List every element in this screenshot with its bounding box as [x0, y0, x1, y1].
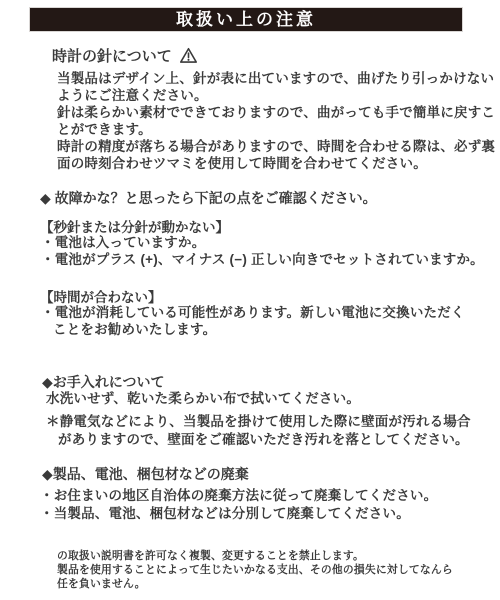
fine-print-line: 製品を使用することによって生じたいかなる支出、その他の損失に対してなんら: [57, 563, 477, 577]
bullet-item: ・電池がプラス (+)、マイナス (−) 正しい向きでセットされていますか。: [41, 251, 481, 268]
text-line: 面の時刻合わせツマミを使用して時間を合わせてください。: [57, 155, 477, 172]
fine-print: の取扱い説明書を許可なく複製、変更することを禁止します。 製品を使用することによ…: [57, 549, 477, 591]
clock-hands-heading-text: 時計の針について: [52, 45, 172, 66]
bullet-item: ・お住まいの地区自治体の廃棄方法に従って廃棄してください。: [40, 487, 480, 505]
warning-triangle-icon: [179, 47, 198, 64]
text-line: 当製品はデザイン上、針が表に出ていますので、曲げたり引っかけない: [57, 70, 477, 87]
care-static-electricity-note: ＊静電気などにより、当製品を掛けて使用した際に壁面が汚れる場合 がありますので、…: [46, 413, 476, 449]
bullet-item: ・電池は入っていますか。: [41, 234, 481, 251]
text-line: ＊静電気などにより、当製品を掛けて使用した際に壁面が汚れる場合: [46, 413, 476, 431]
text-line: ようにご注意ください。: [57, 87, 477, 104]
fine-print-line: 任を負いません。: [57, 577, 477, 591]
bullet-item: ・電池が消耗している可能性があります。新しい電池に交換いただく: [41, 304, 481, 321]
trouble-group-title-hands-not-moving: 【秒針または分針が動かない】: [40, 216, 229, 236]
bullet-item: ・当製品、電池、梱包材などは分別して廃棄してください。: [40, 505, 480, 523]
section-heading-disposal: ◆製品、電池、梱包材などの廃棄: [42, 464, 249, 484]
trouble-group-hands-not-moving: ・電池は入っていますか。 ・電池がプラス (+)、マイナス (−) 正しい向きで…: [41, 234, 481, 268]
page-title-bar: 取扱い上の注意: [30, 8, 462, 31]
trouble-group-title-wrong-time: 【時間が合わない】: [40, 286, 162, 306]
text-line: 針は柔らかい素材でできておりますので、曲がっても手で簡単に戻すこ: [57, 104, 477, 121]
bullet-item-continuation: ことをお勧めいたします。: [41, 321, 481, 338]
section-heading-care: ◆お手入れについて: [42, 372, 165, 392]
text-line: とができます。: [57, 121, 477, 138]
handling-precautions-page: 取扱い上の注意 時計の針について 当製品はデザイン上、針が表に出ていますので、曲…: [0, 0, 500, 600]
trouble-group-wrong-time: ・電池が消耗している可能性があります。新しい電池に交換いただく ことをお勧めいた…: [41, 304, 481, 338]
clock-hands-paragraph: 当製品はデザイン上、針が表に出ていますので、曲げたり引っかけない ようにご注意く…: [57, 70, 477, 172]
disposal-list: ・お住まいの地区自治体の廃棄方法に従って廃棄してください。 ・当製品、電池、梱包…: [40, 487, 480, 523]
care-instruction: 水洗いせず、乾いた柔らかい布で拭いてください。: [46, 390, 360, 407]
text-line-continuation: がありますので、壁面をご確認いただき汚れを落としてください。: [46, 431, 476, 449]
page-title: 取扱い上の注意: [176, 11, 316, 28]
fine-print-line: の取扱い説明書を許可なく複製、変更することを禁止します。: [57, 549, 477, 563]
text-line: 時計の精度が落ちる場合がありますので、時間を合わせる際は、必ず裏: [57, 138, 477, 155]
section-heading-clock-hands: 時計の針について: [52, 45, 198, 66]
section-heading-troubleshooting: ◆ 故障かな？と思ったら下記の点をご確認ください。: [40, 188, 377, 208]
